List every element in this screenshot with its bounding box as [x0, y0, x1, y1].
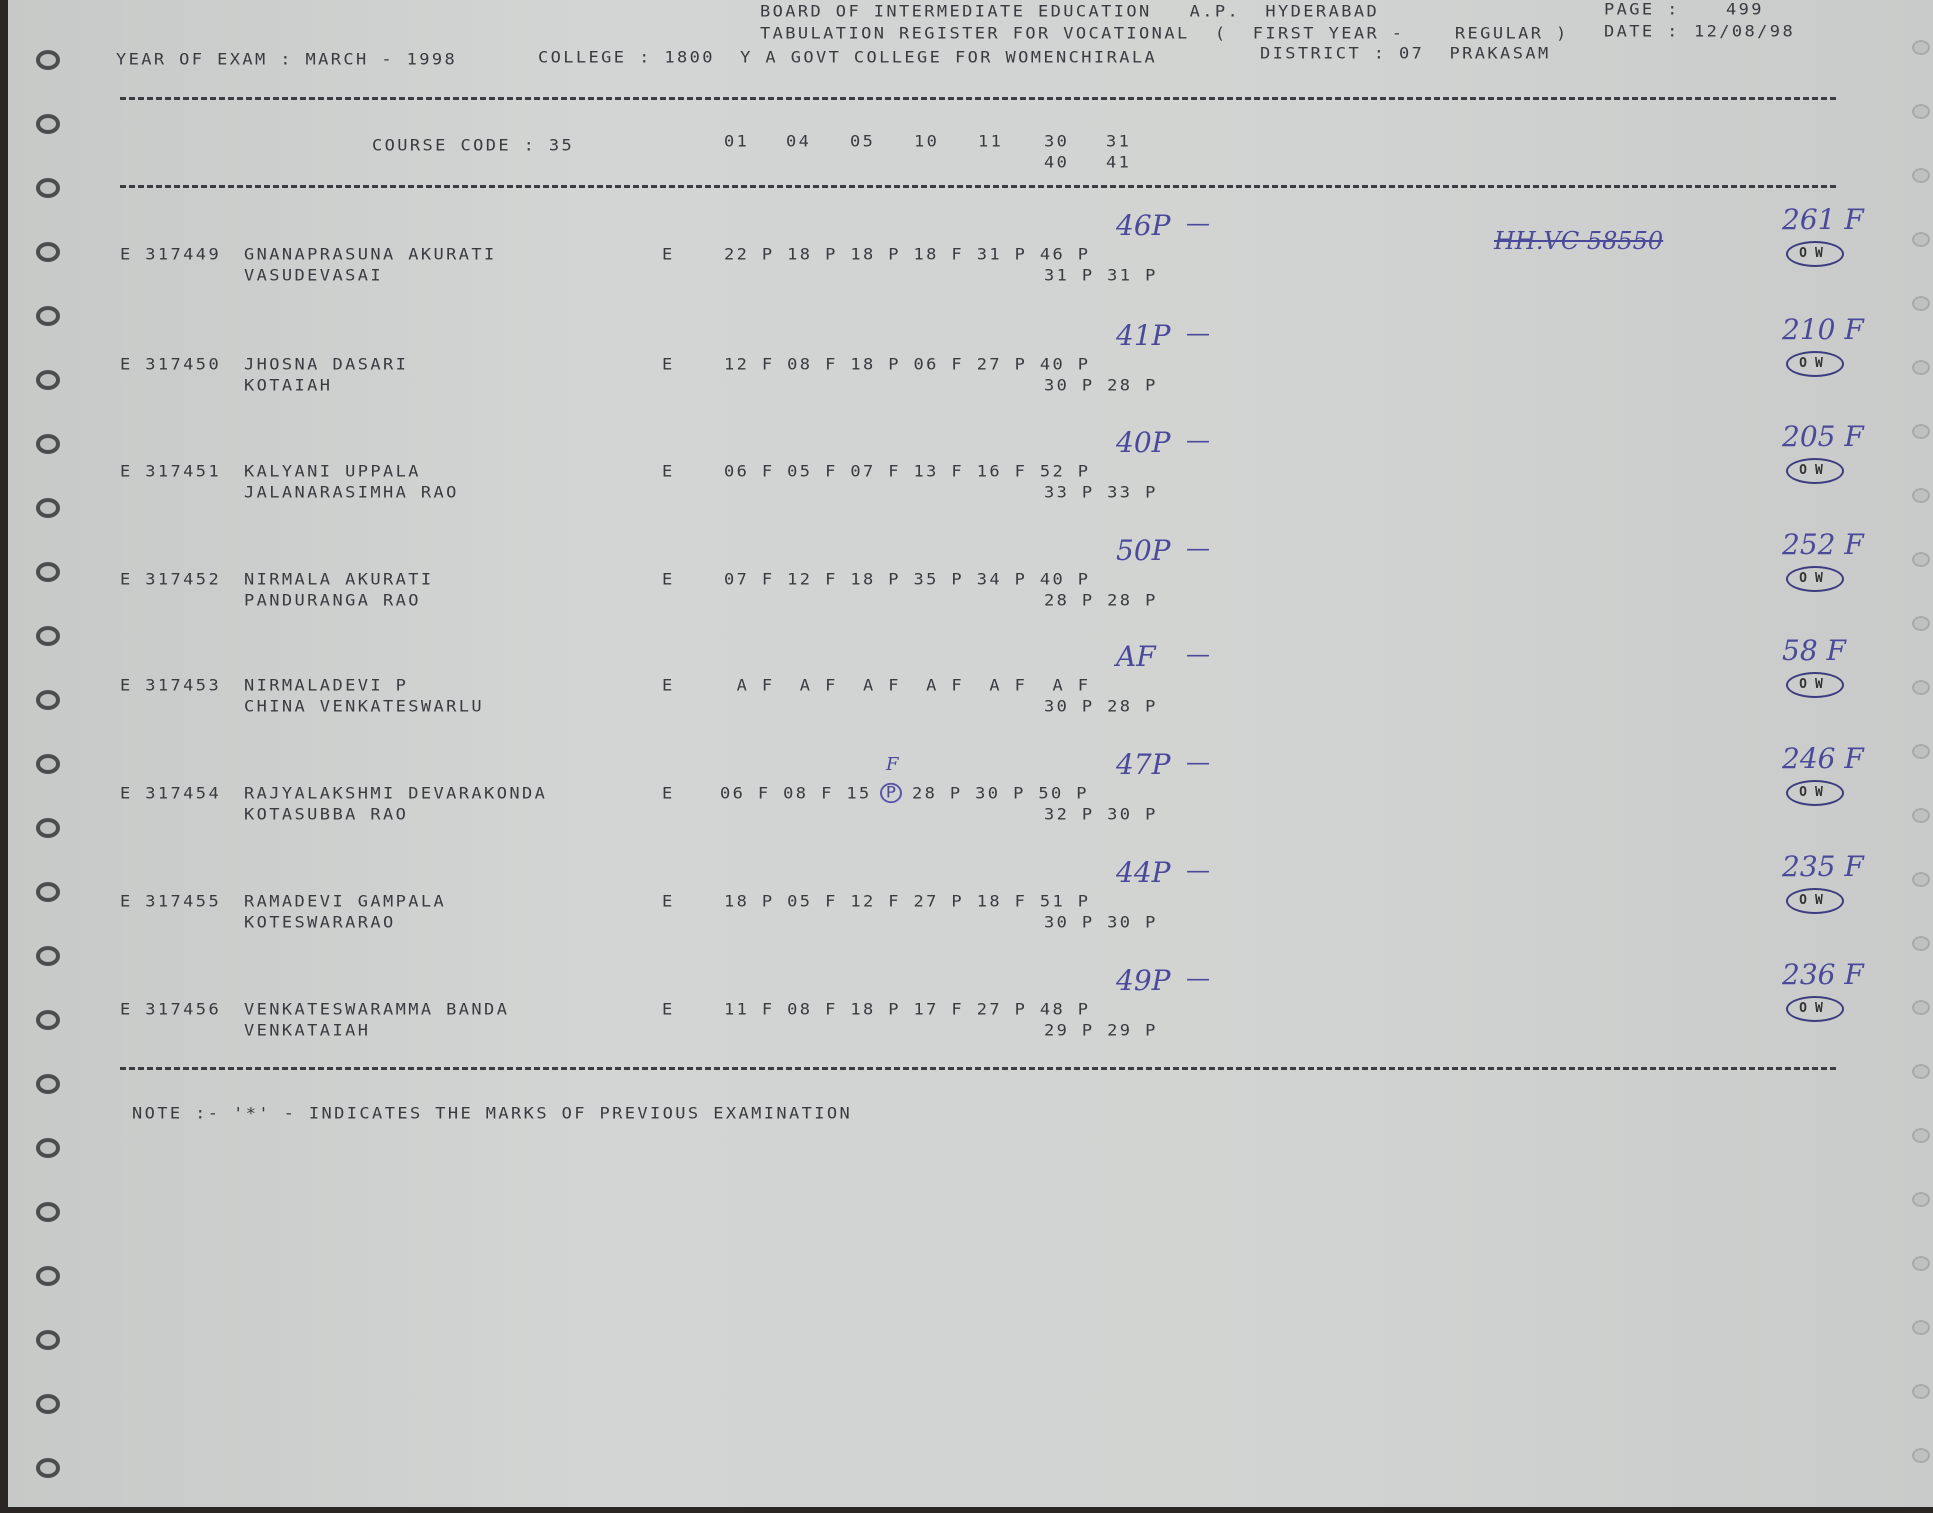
handwritten-total: 252 F — [1782, 528, 1864, 561]
student-father-name: KOTASUBBA RAO — [244, 806, 408, 824]
medium-code: E — [662, 893, 675, 911]
punch-hole — [36, 882, 60, 902]
punch-hole — [36, 1394, 60, 1414]
subject-marks: 11 F 08 F 18 P 17 F 27 P 48 P — [724, 1001, 1090, 1019]
subject-marks-practical: 33 P 33 P — [1044, 484, 1158, 502]
student-name: RAMADEVI GAMPALA — [244, 893, 446, 911]
student-father-name: KOTAIAH — [244, 377, 332, 395]
handwritten-note: F — [886, 754, 899, 775]
page-label: PAGE : — [1604, 1, 1680, 19]
result-stamp: OW — [1786, 458, 1844, 484]
subject-marks: 22 P 18 P 18 P 18 F 31 P 46 P — [724, 246, 1090, 264]
divider — [120, 1067, 1836, 1070]
punch-hole — [36, 306, 60, 326]
student-name: GNANAPRASUNA AKURATI — [244, 246, 497, 264]
punch-hole — [36, 50, 60, 70]
punch-hole — [1912, 488, 1930, 503]
handwritten-mark: 41P — [1116, 319, 1170, 352]
punch-hole — [1912, 808, 1930, 823]
student-roll-number: E 317455 — [120, 893, 221, 911]
subject-code: 04 — [786, 133, 811, 151]
subject-code: 10 — [914, 133, 939, 151]
handwritten-mark: 40P — [1116, 426, 1170, 459]
punch-hole — [1912, 1448, 1930, 1463]
result-stamp: OW — [1786, 780, 1844, 806]
medium-code: E — [662, 1001, 675, 1019]
punch-hole — [36, 1330, 60, 1350]
punch-hole — [1912, 424, 1930, 439]
divider — [120, 185, 1836, 188]
handwritten-total: 261 F — [1782, 203, 1864, 236]
result-stamp: OW — [1786, 351, 1844, 377]
subject-marks-practical: 30 P 28 P — [1044, 698, 1158, 716]
student-father-name: PANDURANGA RAO — [244, 592, 421, 610]
punch-hole — [1912, 1192, 1930, 1207]
subject-code: 31 — [1106, 133, 1131, 151]
student-father-name: JALANARASIMHA RAO — [244, 484, 459, 502]
student-father-name: VASUDEVASAI — [244, 267, 383, 285]
result-stamp: OW — [1786, 672, 1844, 698]
handwritten-total: 236 F — [1782, 958, 1864, 991]
handwritten-total: 210 F — [1782, 313, 1864, 346]
punch-hole — [36, 178, 60, 198]
subject-marks: A F A F A F A F A F A F — [724, 677, 1090, 695]
subject-marks: 06 F 05 F 07 F 13 F 16 F 52 P — [724, 463, 1090, 481]
handwritten-mark: 49P — [1116, 964, 1170, 997]
date-value: 12/08/98 — [1694, 23, 1795, 41]
circled-correction: P — [880, 783, 902, 803]
subject-marks: 12 F 08 F 18 P 06 F 27 P 40 P — [724, 356, 1090, 374]
punch-hole — [1912, 104, 1930, 119]
punch-hole — [1912, 232, 1930, 247]
medium-code: E — [662, 571, 675, 589]
punch-hole — [36, 1138, 60, 1158]
result-stamp: OW — [1786, 996, 1844, 1022]
subject-marks: 06 F 08 F 15 — [720, 785, 872, 803]
subject-marks-practical: 29 P 29 P — [1044, 1022, 1158, 1040]
medium-code: E — [662, 677, 675, 695]
punch-hole — [1912, 936, 1930, 951]
student-roll-number: E 317451 — [120, 463, 221, 481]
punch-hole — [1912, 296, 1930, 311]
punch-hole — [36, 1266, 60, 1286]
punch-hole — [1912, 872, 1930, 887]
punch-hole — [1912, 40, 1930, 55]
punch-hole — [36, 114, 60, 134]
punch-hole — [36, 626, 60, 646]
subject-marks-practical: 31 P 31 P — [1044, 267, 1158, 285]
year-of-exam: YEAR OF EXAM : MARCH - 1998 — [116, 51, 457, 69]
student-father-name: KOTESWARARAO — [244, 914, 396, 932]
handwritten-dash: — — [1186, 534, 1210, 562]
punch-hole — [1912, 552, 1930, 567]
handwritten-total: 58 F — [1782, 634, 1846, 667]
medium-code: E — [662, 246, 675, 264]
subject-marks-practical: 28 P 28 P — [1044, 592, 1158, 610]
subject-code: 01 — [724, 133, 749, 151]
punch-hole — [36, 1202, 60, 1222]
handwritten-dash: — — [1186, 426, 1210, 454]
medium-code: E — [662, 785, 675, 803]
result-stamp: OW — [1786, 241, 1844, 267]
handwritten-dash: — — [1186, 640, 1210, 668]
punch-hole — [36, 1074, 60, 1094]
student-name: NIRMALADEVI P — [244, 677, 408, 695]
punch-hole — [1912, 1000, 1930, 1015]
course-code: COURSE CODE : 35 — [372, 137, 574, 155]
tabulation-register-sheet: BOARD OF INTERMEDIATE EDUCATION A.P. HYD… — [8, 0, 1933, 1507]
handwritten-mark: 46P — [1116, 209, 1170, 242]
page-number: 499 — [1726, 1, 1764, 19]
subject-marks-practical: 30 P 30 P — [1044, 914, 1158, 932]
punch-hole — [36, 1010, 60, 1030]
student-father-name: VENKATAIAH — [244, 1022, 370, 1040]
student-roll-number: E 317452 — [120, 571, 221, 589]
student-father-name: CHINA VENKATESWARLU — [244, 698, 484, 716]
handwritten-dash: — — [1186, 748, 1210, 776]
handwritten-dash: — — [1186, 964, 1210, 992]
student-name: RAJYALAKSHMI DEVARAKONDA — [244, 785, 547, 803]
subject-marks: 07 F 12 F 18 P 35 P 34 P 40 P — [724, 571, 1090, 589]
punch-hole — [36, 370, 60, 390]
punch-hole — [1912, 1384, 1930, 1399]
student-name: VENKATESWARAMMA BANDA — [244, 1001, 509, 1019]
subject-code: 05 — [850, 133, 875, 151]
punch-hole — [36, 1458, 60, 1478]
student-roll-number: E 317456 — [120, 1001, 221, 1019]
subject-code: 40 — [1044, 154, 1069, 172]
handwritten-mark: AF — [1116, 640, 1156, 673]
student-name: JHOSNA DASARI — [244, 356, 408, 374]
punch-hole — [36, 690, 60, 710]
student-name: NIRMALA AKURATI — [244, 571, 434, 589]
punch-hole — [36, 242, 60, 262]
result-stamp: OW — [1786, 566, 1844, 592]
subject-code: 41 — [1106, 154, 1131, 172]
punch-hole — [36, 818, 60, 838]
handwritten-total: 246 F — [1782, 742, 1864, 775]
punch-hole — [36, 498, 60, 518]
register-title: TABULATION REGISTER FOR VOCATIONAL ( FIR… — [760, 25, 1569, 43]
punch-hole — [1912, 1064, 1930, 1079]
footer-note: NOTE :- '*' - INDICATES THE MARKS OF PRE… — [132, 1105, 852, 1123]
handwritten-dash: — — [1186, 856, 1210, 884]
handwritten-dash: — — [1186, 209, 1210, 237]
punch-hole — [1912, 616, 1930, 631]
punch-hole — [1912, 168, 1930, 183]
punch-hole — [1912, 1320, 1930, 1335]
handwritten-mark: 47P — [1116, 748, 1170, 781]
student-roll-number: E 317454 — [120, 785, 221, 803]
handwritten-struck-note: HH.VC 58550 — [1494, 227, 1663, 255]
handwritten-dash: — — [1186, 319, 1210, 347]
subject-marks: 18 P 05 F 12 F 27 P 18 F 51 P — [724, 893, 1090, 911]
punch-hole — [36, 946, 60, 966]
punch-hole — [1912, 744, 1930, 759]
handwritten-total: 205 F — [1782, 420, 1864, 453]
punch-hole — [1912, 680, 1930, 695]
handwritten-mark: 50P — [1116, 534, 1170, 567]
punch-hole — [1912, 1256, 1930, 1271]
subject-marks-practical: 32 P 30 P — [1044, 806, 1158, 824]
college-info: COLLEGE : 1800 Y A GOVT COLLEGE FOR WOME… — [538, 49, 1157, 67]
result-stamp: OW — [1786, 888, 1844, 914]
medium-code: E — [662, 356, 675, 374]
divider — [120, 97, 1836, 100]
subject-marks: 28 P 30 P 50 P — [912, 785, 1089, 803]
medium-code: E — [662, 463, 675, 481]
punch-hole — [36, 562, 60, 582]
subject-code: 30 — [1044, 133, 1069, 151]
subject-marks-practical: 30 P 28 P — [1044, 377, 1158, 395]
student-roll-number: E 317450 — [120, 356, 221, 374]
board-title: BOARD OF INTERMEDIATE EDUCATION A.P. HYD… — [760, 3, 1379, 21]
punch-hole — [36, 434, 60, 454]
district-info: DISTRICT : 07 PRAKASAM — [1260, 45, 1551, 63]
handwritten-total: 235 F — [1782, 850, 1864, 883]
student-roll-number: E 317453 — [120, 677, 221, 695]
date-label: DATE : — [1604, 23, 1680, 41]
subject-code: 11 — [978, 133, 1003, 151]
handwritten-mark: 44P — [1116, 856, 1170, 889]
punch-hole — [36, 754, 60, 774]
punch-hole — [1912, 360, 1930, 375]
student-roll-number: E 317449 — [120, 246, 221, 264]
student-name: KALYANI UPPALA — [244, 463, 421, 481]
punch-hole — [1912, 1128, 1930, 1143]
